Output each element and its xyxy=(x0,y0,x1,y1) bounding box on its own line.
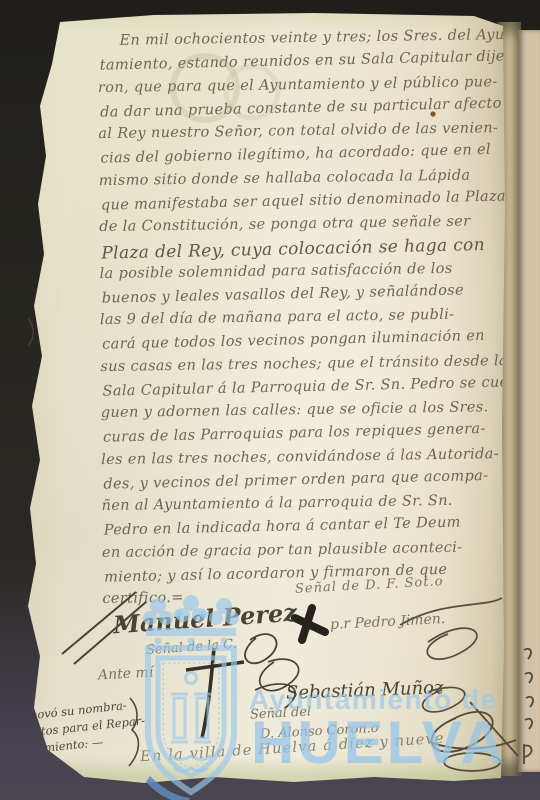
margin-note: Renovó su nombra- mientos para el Repar-… xyxy=(14,695,149,759)
signature-por-pedro: p.r Pedro Jimen. xyxy=(330,611,446,633)
watermark-title: HUELVA xyxy=(251,708,507,777)
manuscript-text: En mil ochocientos veinte y tres; los Sr… xyxy=(97,28,516,613)
huelva-coat-of-arms-icon xyxy=(130,594,252,800)
margin-tick xyxy=(28,318,33,346)
manuscript-page: En mil ochocientos veinte y tres; los Sr… xyxy=(14,8,506,784)
next-page-edge xyxy=(518,30,540,772)
scanned-manuscript-view: { "document": { "kind": "acta capitular … xyxy=(0,0,540,800)
